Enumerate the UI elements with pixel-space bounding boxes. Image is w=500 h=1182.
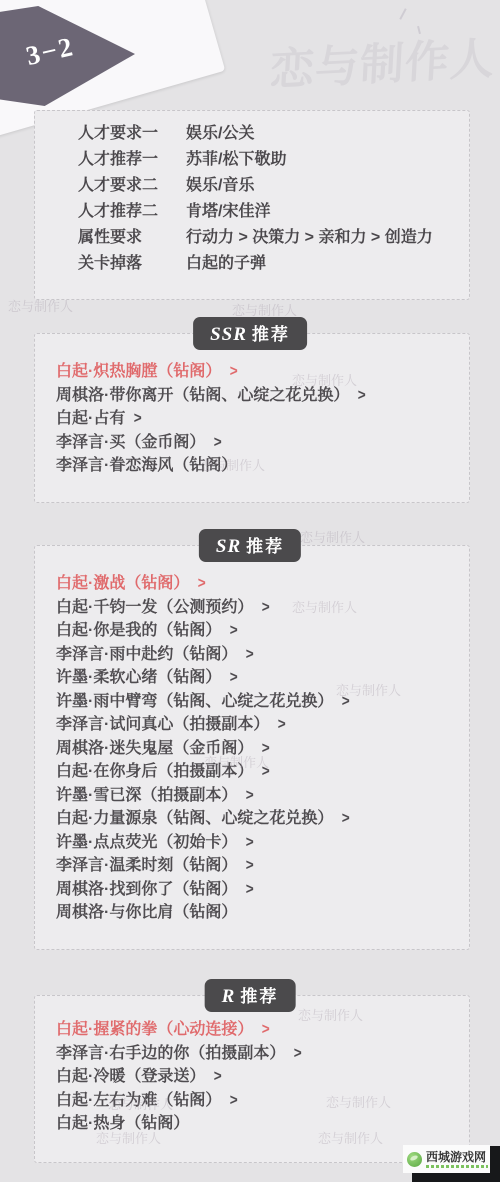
info-label: 人才要求一: [78, 121, 186, 147]
card-name: 李泽言·试问真心（拍摄副本）: [56, 713, 269, 737]
chevron-right-icon: >: [246, 784, 254, 808]
info-value: 娱乐/公关: [186, 121, 469, 147]
card-name: 白起·千钧一发（公测预约）: [56, 596, 253, 620]
chevron-right-icon: >: [214, 431, 222, 455]
chevron-right-icon: >: [262, 1018, 270, 1042]
sparkle-decoration: [399, 8, 406, 20]
card-name: 白起·左右为难（钻阁）: [56, 1089, 221, 1113]
corner-dark-block: [412, 1172, 500, 1182]
chevron-right-icon: >: [246, 831, 254, 855]
card-name: 周棋洛·迷失鬼屋（金币阁）: [56, 737, 253, 761]
sr-section-badge: SR推荐: [199, 529, 301, 562]
chevron-right-icon: >: [198, 572, 206, 596]
card-name: 白起·激战（钻阁）: [56, 572, 189, 596]
info-row: 人才要求二 娱乐/音乐: [78, 173, 469, 199]
chevron-right-icon: >: [246, 878, 254, 902]
card-list-item[interactable]: 李泽言·买（金币阁） >: [56, 431, 469, 455]
sr-rank-label: SR: [216, 536, 241, 557]
r-rank-label: R: [222, 986, 236, 1007]
card-name: 白起·握紧的拳（心动连接）: [56, 1018, 253, 1042]
ssr-card-list: 白起·炽热胸膛（钻阁） > 周棋洛·带你离开（钻阁、心绽之花兑换） > 白起·占…: [34, 333, 470, 503]
card-list-item[interactable]: 许墨·点点荧光（初始卡） >: [56, 831, 469, 855]
sr-card-list: 白起·激战（钻阁） > 白起·千钧一发（公测预约） > 白起·你是我的（钻阁） …: [34, 545, 470, 950]
card-name: 李泽言·雨中赴约（钻阁）: [56, 643, 237, 667]
ssr-suffix-label: 推荐: [252, 325, 290, 344]
card-list-item[interactable]: 白起·炽热胸膛（钻阁） >: [56, 360, 469, 384]
card-name: 许墨·雨中臂弯（钻阁、心绽之花兑换）: [56, 690, 333, 714]
card-name: 李泽言·右手边的你（拍摄副本）: [56, 1042, 285, 1066]
info-row: 人才推荐一 苏菲/松下敬助: [78, 147, 469, 173]
card-list-item[interactable]: 白起·热身（钻阁）: [56, 1112, 469, 1136]
page: 3−2 恋与制作人 人才要求一 娱乐/公关 人才推荐一 苏菲/松下敬助 人才要求…: [0, 0, 500, 1182]
card-list-item[interactable]: 李泽言·雨中赴约（钻阁） >: [56, 643, 469, 667]
ssr-rank-label: SSR: [210, 324, 247, 345]
card-list-item[interactable]: 周棋洛·带你离开（钻阁、心绽之花兑换） >: [56, 384, 469, 408]
chevron-right-icon: >: [262, 737, 270, 761]
info-row: 属性要求 行动力 > 决策力 > 亲和力 > 创造力: [78, 225, 469, 251]
chevron-right-icon: >: [246, 854, 254, 878]
chevron-right-icon: >: [342, 807, 350, 831]
card-name: 白起·力量源泉（钻阁、心绽之花兑换）: [56, 807, 333, 831]
stage-info-panel: 人才要求一 娱乐/公关 人才推荐一 苏菲/松下敬助 人才要求二 娱乐/音乐 人才…: [34, 110, 470, 300]
info-value: 苏菲/松下敬助: [186, 147, 469, 173]
chevron-right-icon: >: [294, 1042, 302, 1066]
card-list-item[interactable]: 李泽言·眷恋海风（钻阁）: [56, 454, 469, 478]
chevron-right-icon: >: [278, 713, 286, 737]
card-list-item[interactable]: 李泽言·温柔时刻（钻阁） >: [56, 854, 469, 878]
card-list-item[interactable]: 周棋洛·与你比肩（钻阁）: [56, 901, 469, 925]
card-list-item[interactable]: 周棋洛·迷失鬼屋（金币阁） >: [56, 737, 469, 761]
chevron-right-icon: >: [262, 760, 270, 784]
card-list-item[interactable]: 白起·握紧的拳（心动连接） >: [56, 1018, 469, 1042]
ssr-section-badge: SSR推荐: [193, 317, 307, 350]
info-label: 人才推荐一: [78, 147, 186, 173]
card-name: 周棋洛·与你比肩（钻阁）: [56, 901, 237, 925]
info-row: 关卡掉落 白起的子弹: [78, 251, 469, 277]
card-list-item[interactable]: 许墨·柔软心绪（钻阁） >: [56, 666, 469, 690]
info-value: 白起的子弹: [186, 251, 469, 277]
chevron-right-icon: >: [246, 643, 254, 667]
chevron-right-icon: >: [230, 619, 238, 643]
card-list-item[interactable]: 白起·你是我的（钻阁） >: [56, 619, 469, 643]
card-name: 李泽言·温柔时刻（钻阁）: [56, 854, 237, 878]
card-list-item[interactable]: 白起·占有 >: [56, 407, 469, 431]
card-name: 白起·冷暖（登录送）: [56, 1065, 205, 1089]
info-label: 人才要求二: [78, 173, 186, 199]
card-name: 白起·炽热胸膛（钻阁）: [56, 360, 221, 384]
card-name: 许墨·雪已深（拍摄副本）: [56, 784, 237, 808]
card-name: 李泽言·买（金币阁）: [56, 431, 205, 455]
card-list-item[interactable]: 白起·千钧一发（公测预约） >: [56, 596, 469, 620]
card-list-item[interactable]: 白起·在你身后（拍摄副本） >: [56, 760, 469, 784]
card-list-item[interactable]: 李泽言·试问真心（拍摄副本） >: [56, 713, 469, 737]
site-watermark: 西城游戏网: [403, 1145, 490, 1173]
chevron-right-icon: >: [230, 666, 238, 690]
info-row: 人才推荐二 肯塔/宋佳洋: [78, 199, 469, 225]
card-list-item[interactable]: 许墨·雪已深（拍摄副本） >: [56, 784, 469, 808]
chevron-right-icon: >: [262, 596, 270, 620]
r-card-list: 白起·握紧的拳（心动连接） > 李泽言·右手边的你（拍摄副本） > 白起·冷暖（…: [34, 995, 470, 1163]
card-list-item[interactable]: 许墨·雨中臂弯（钻阁、心绽之花兑换） >: [56, 690, 469, 714]
sr-suffix-label: 推荐: [246, 537, 284, 556]
r-suffix-label: 推荐: [240, 987, 278, 1006]
card-name: 白起·热身（钻阁）: [56, 1112, 189, 1136]
card-name: 白起·你是我的（钻阁）: [56, 619, 221, 643]
chevron-right-icon: >: [230, 1089, 238, 1113]
sparkle-decoration: [417, 26, 421, 34]
card-list-item[interactable]: 白起·力量源泉（钻阁、心绽之花兑换） >: [56, 807, 469, 831]
card-name: 李泽言·眷恋海风（钻阁）: [56, 454, 237, 478]
card-list-item[interactable]: 周棋洛·找到你了（钻阁） >: [56, 878, 469, 902]
card-list-item[interactable]: 李泽言·右手边的你（拍摄副本） >: [56, 1042, 469, 1066]
r-section-badge: R推荐: [205, 979, 296, 1012]
card-name: 白起·占有: [56, 407, 125, 431]
info-value: 娱乐/音乐: [186, 173, 469, 199]
game-logo-watermark: 恋与制作人: [269, 36, 500, 94]
chevron-right-icon: >: [214, 1065, 222, 1089]
info-value: 行动力 > 决策力 > 亲和力 > 创造力: [186, 225, 469, 251]
info-label: 属性要求: [78, 225, 186, 251]
site-logo-icon: [407, 1152, 422, 1167]
card-name: 许墨·柔软心绪（钻阁）: [56, 666, 221, 690]
info-label: 人才推荐二: [78, 199, 186, 225]
site-name: 西城游戏网: [426, 1151, 488, 1164]
chevron-right-icon: >: [134, 407, 142, 431]
card-name: 许墨·点点荧光（初始卡）: [56, 831, 237, 855]
card-name: 周棋洛·找到你了（钻阁）: [56, 878, 237, 902]
card-name: 周棋洛·带你离开（钻阁、心绽之花兑换）: [56, 384, 349, 408]
card-name: 白起·在你身后（拍摄副本）: [56, 760, 253, 784]
info-value: 肯塔/宋佳洋: [186, 199, 469, 225]
chevron-right-icon: >: [342, 690, 350, 714]
site-url-strip: [426, 1165, 488, 1168]
card-list-item[interactable]: 白起·冷暖（登录送） >: [56, 1065, 469, 1089]
card-list-item[interactable]: 白起·左右为难（钻阁） >: [56, 1089, 469, 1113]
chevron-right-icon: >: [230, 360, 238, 384]
info-row: 人才要求一 娱乐/公关: [78, 121, 469, 147]
info-label: 关卡掉落: [78, 251, 186, 277]
chevron-right-icon: >: [358, 384, 366, 408]
faint-watermark: 恋与制作人: [300, 527, 365, 546]
card-list-item[interactable]: 白起·激战（钻阁） >: [56, 572, 469, 596]
